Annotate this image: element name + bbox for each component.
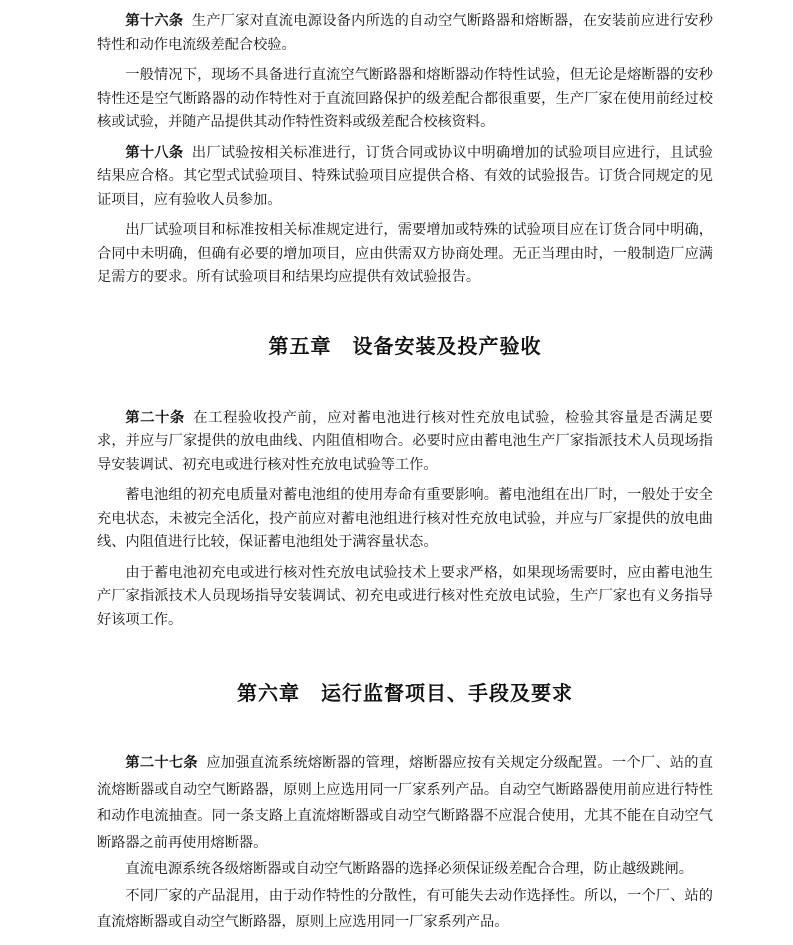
clause-number: 第十六条 (125, 13, 183, 29)
document-content: 第十六条生产厂家对直流电源设备内所选的自动空气断路器和熔断器，在安装前应进行安秒… (0, 0, 793, 936)
body-paragraph: 蓄电池组的初充电质量对蓄电池组的使用寿命有重要影响。蓄电池组在出厂时，一般处于安… (97, 484, 713, 555)
body-paragraph: 不同厂家的产品混用，由于动作特性的分散性，有可能失去动作选择性。所以，一个厂、站… (97, 883, 713, 936)
document-page: 第十六条生产厂家对直流电源设备内所选的自动空气断路器和熔断器，在安装前应进行安秒… (0, 0, 793, 945)
clause-number: 第二十七条 (125, 755, 197, 771)
chapter-heading: 第五章 设备安装及投产验收 (97, 332, 713, 362)
body-paragraph: 一般情况下，现场不具备进行直流空气断路器和熔断器动作特性试验，但无论是熔断器的安… (97, 64, 713, 135)
body-paragraph: 直流电源系统各级熔断器或自动空气断路器的选择必须保证级差配合合理，防止越级跳闸。 (97, 856, 713, 883)
clause-paragraph: 第十八条出厂试验按相关标准进行，订货合同或协议中明确增加的试验项目应进行，且试验… (97, 142, 713, 213)
clause-text: 生产厂家对直流电源设备内所选的自动空气断路器和熔断器，在安装前应进行安秒特性和动… (97, 13, 713, 53)
clause-paragraph: 第十六条生产厂家对直流电源设备内所选的自动空气断路器和熔断器，在安装前应进行安秒… (97, 10, 713, 57)
body-paragraph: 出厂试验项目和标准按相关标准规定进行，需要增加或特殊的试验项目应在订货合同中明确… (97, 219, 713, 290)
clause-paragraph: 第二十条在工程验收投产前，应对蓄电池进行核对性充放电试验，检验其容量是否满足要求… (97, 407, 713, 478)
chapter-heading: 第六章 运行监督项目、手段及要求 (97, 679, 713, 709)
body-paragraph: 由于蓄电池初充电或进行核对性充放电试验技术上要求严格，如果现场需要时，应由蓄电池… (97, 562, 713, 633)
clause-text: 出厂试验按相关标准进行，订货合同或协议中明确增加的试验项目应进行，且试验结果应合… (97, 145, 713, 208)
clause-paragraph: 第二十七条应加强直流系统熔断器的管理，熔断器应按有关规定分级配置。一个厂、站的直… (97, 750, 713, 856)
clause-number: 第二十条 (125, 410, 184, 426)
clause-text: 在工程验收投产前，应对蓄电池进行核对性充放电试验，检验其容量是否满足要求，并应与… (97, 410, 713, 473)
clause-number: 第十八条 (125, 145, 183, 161)
